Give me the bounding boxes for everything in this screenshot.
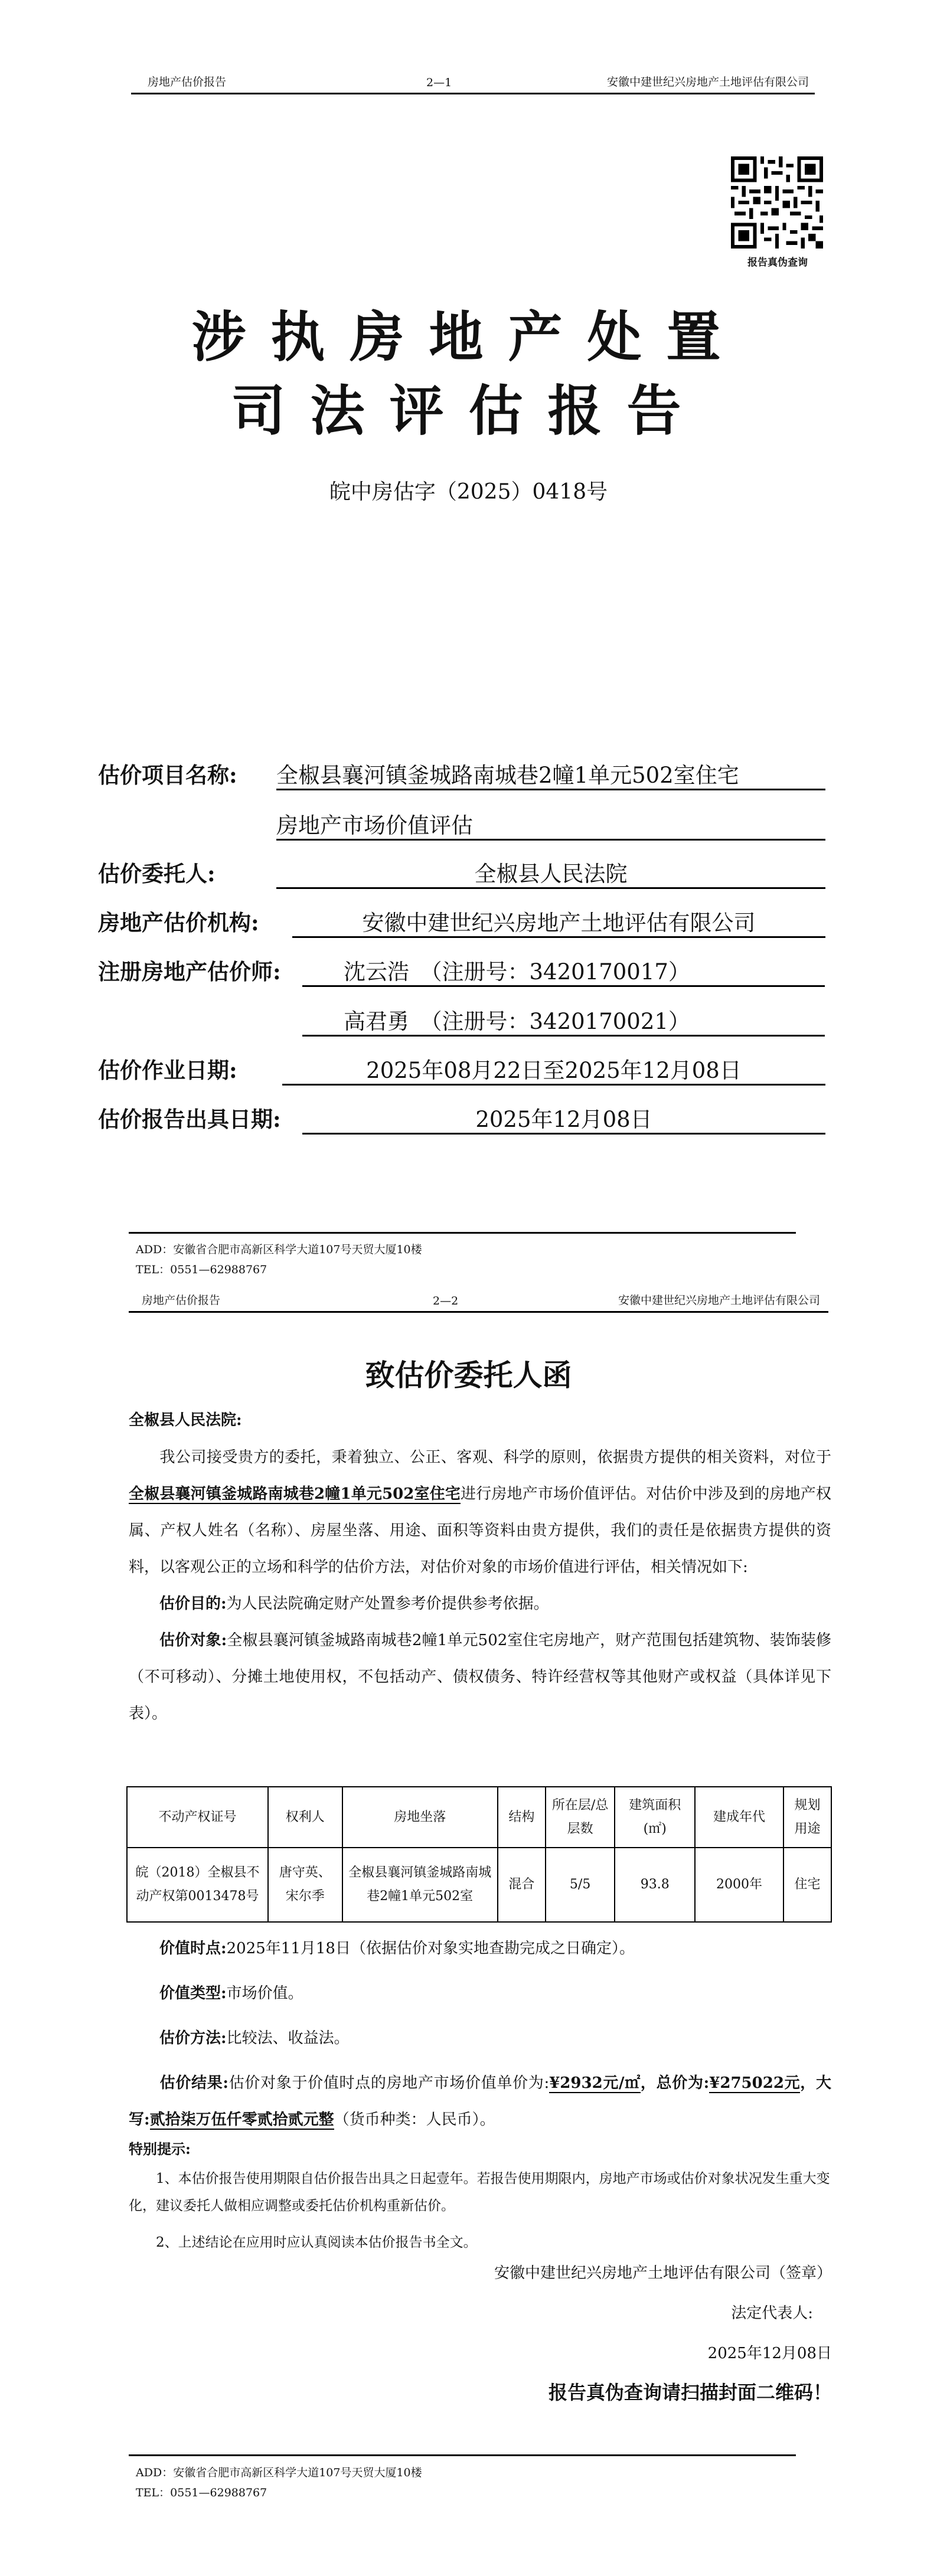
table-header-cell: 所在层/总层数 bbox=[546, 1787, 615, 1848]
table-header-cell: 建筑面积(㎡) bbox=[615, 1787, 695, 1848]
method-value: 比较法、收益法。 bbox=[227, 2029, 350, 2047]
table-header-cell: 房地坐落 bbox=[342, 1787, 498, 1848]
footer-address: ADD：安徽省合肥市高新区科学大道107号天贸大厦10楼 bbox=[136, 1240, 422, 1260]
header-report-type: 房地产估价报告 bbox=[148, 73, 226, 89]
intro-property: 全椒县襄河镇釜城路南城巷2幢1单元502室住宅 bbox=[129, 1485, 461, 1504]
qr-code-icon[interactable] bbox=[731, 156, 823, 249]
qr-caption: 报告真伪查询 bbox=[727, 254, 828, 269]
footer-divider bbox=[129, 1232, 796, 1234]
appraiser-2: 高君勇 （注册号：3420170021） bbox=[302, 1011, 825, 1037]
table-header-cell: 结构 bbox=[498, 1787, 546, 1848]
notes-label: 特别提示: bbox=[129, 2136, 191, 2163]
object-paragraph: 估价对象:全椒县襄河镇釜城路南城巷2幢1单元502室住宅房地产，财产范围包括建筑… bbox=[129, 1622, 831, 1732]
footer-address: ADD：安徽省合肥市高新区科学大道107号天贸大厦10楼 bbox=[136, 2463, 422, 2483]
unit-price: ¥2932元/㎡ bbox=[549, 2074, 641, 2093]
cover-title-line-2: 司法评估报告 bbox=[0, 384, 937, 438]
footer-tel: TEL：0551—62988767 bbox=[136, 2483, 267, 2503]
value-type-label: 价值类型: bbox=[159, 1985, 227, 2002]
result-text-2: ，总价为: bbox=[641, 2074, 709, 2092]
issue-date-label: 估价报告出具日期: bbox=[98, 1109, 281, 1130]
value-type-paragraph: 价值类型:市场价值。 bbox=[129, 1975, 831, 2012]
method-label: 估价方法: bbox=[159, 2029, 227, 2047]
header-report-type: 房地产估价报告 bbox=[142, 1292, 220, 1307]
agency-value: 安徽中建世纪兴房地产土地评估有限公司 bbox=[292, 912, 825, 938]
footer-tel: TEL：0551—62988767 bbox=[136, 1260, 267, 1280]
object-value: 全椒县襄河镇釜城路南城巷2幢1单元502室住宅房地产，财产范围包括建筑物、装饰装… bbox=[129, 1632, 831, 1722]
value-date-label: 价值时点: bbox=[159, 1940, 227, 1957]
sign-date: 2025年12月08日 bbox=[708, 2341, 832, 2363]
appraiser-label: 注册房地产估价师: bbox=[98, 961, 281, 983]
client-value: 全椒县人民法院 bbox=[276, 863, 825, 889]
year-built-cell: 2000年 bbox=[695, 1848, 783, 1922]
footer-divider bbox=[129, 2454, 796, 2456]
value-date-paragraph: 价值时点:2025年11月18日（依据估价对象实地查勘完成之日确定）。 bbox=[129, 1930, 831, 1967]
header-page-number: 2—1 bbox=[426, 76, 452, 89]
location-cell: 全椒县襄河镇釜城路南城巷2幢1单元502室 bbox=[342, 1848, 498, 1922]
result-label: 估价结果: bbox=[159, 2074, 228, 2092]
cover-title-line-1: 涉执房地产处置 bbox=[0, 310, 937, 364]
floor-cell: 5/5 bbox=[546, 1848, 615, 1922]
work-date-label: 估价作业日期: bbox=[98, 1060, 237, 1081]
running-header-page-2: 房地产估价报告 2—2 安徽中建世纪兴房地产土地评估有限公司 bbox=[129, 1280, 828, 1313]
table-header-cell: 规划用途 bbox=[783, 1787, 831, 1848]
result-text-4: （货币种类：人民币）。 bbox=[334, 2111, 495, 2129]
intro-paragraph: 我公司接受贵方的委托，秉着独立、公正、客观、科学的原则，依据贵方提供的相关资料，… bbox=[129, 1439, 831, 1586]
result-text-1: 估价对象于价值时点的房地产市场价值单价为: bbox=[228, 2074, 549, 2092]
table-header-cell: 不动产权证号 bbox=[127, 1787, 268, 1848]
legal-representative: 法定代表人: bbox=[731, 2301, 813, 2323]
header-company: 安徽中建世纪兴房地产土地评估有限公司 bbox=[618, 1292, 820, 1307]
purpose-paragraph: 估价目的:为人民法院确定财产处置参考价提供参考依据。 bbox=[129, 1586, 831, 1622]
letter-title: 致估价委托人函 bbox=[0, 1352, 937, 1394]
table-header-row: 不动产权证号 权利人 房地坐落 结构 所在层/总层数 建筑面积(㎡) 建成年代 … bbox=[127, 1787, 831, 1848]
cert-number-cell: 皖（2018）全椒县不动产权第0013478号 bbox=[127, 1848, 268, 1922]
verify-notice: 报告真伪查询请扫描封面二维码！ bbox=[549, 2378, 832, 2405]
value-type-value: 市场价值。 bbox=[227, 1985, 303, 2002]
usage-cell: 住宅 bbox=[783, 1848, 831, 1922]
table-row: 皖（2018）全椒县不动产权第0013478号 唐守英、宋尔季 全椒县襄河镇釜城… bbox=[127, 1848, 831, 1922]
total-price: ¥275022元 bbox=[709, 2074, 800, 2093]
agency-label: 房地产估价机构: bbox=[98, 912, 259, 934]
purpose-value: 为人民法院确定财产处置参考价提供参考依据。 bbox=[227, 1595, 549, 1613]
project-name-value-1: 全椒县襄河镇釜城路南城巷2幢1单元502室住宅 bbox=[276, 764, 825, 790]
header-company: 安徽中建世纪兴房地产土地评估有限公司 bbox=[607, 73, 809, 89]
project-name-value-2: 房地产市场价值评估 bbox=[276, 815, 825, 841]
note-1: 1、本估价报告使用期限自估价报告出具之日起壹年。若报告使用期限内，房地产市场或估… bbox=[129, 2165, 831, 2219]
client-label: 估价委托人: bbox=[98, 863, 216, 885]
report-number: 皖中房估字（2025）0418号 bbox=[0, 475, 937, 505]
table-header-cell: 权利人 bbox=[268, 1787, 342, 1848]
property-table: 不动产权证号 权利人 房地坐落 结构 所在层/总层数 建筑面积(㎡) 建成年代 … bbox=[126, 1786, 832, 1923]
result-paragraph: 估价结果:估价对象于价值时点的房地产市场价值单价为:¥2932元/㎡，总价为:¥… bbox=[129, 2065, 831, 2138]
value-date-value: 2025年11月18日（依据估价对象实地查勘完成之日确定）。 bbox=[227, 1940, 635, 1957]
structure-cell: 混合 bbox=[498, 1848, 546, 1922]
project-name-label: 估价项目名称: bbox=[98, 764, 237, 786]
issue-date-value: 2025年12月08日 bbox=[302, 1109, 825, 1135]
intro-text-1: 我公司接受贵方的委托，秉着独立、公正、客观、科学的原则，依据贵方提供的相关资料，… bbox=[159, 1449, 831, 1466]
method-paragraph: 估价方法:比较法、收益法。 bbox=[129, 2020, 831, 2057]
table-header-cell: 建成年代 bbox=[695, 1787, 783, 1848]
purpose-label: 估价目的: bbox=[159, 1595, 227, 1613]
signatory: 安徽中建世纪兴房地产土地评估有限公司（签章） bbox=[494, 2261, 832, 2283]
area-cell: 93.8 bbox=[615, 1848, 695, 1922]
object-label: 估价对象: bbox=[159, 1632, 227, 1649]
appraiser-1: 沈云浩 （注册号：3420170017） bbox=[302, 961, 825, 987]
note-2: 2、上述结论在应用时应认真阅读本估价报告书全文。 bbox=[156, 2229, 477, 2256]
running-header-page-1: 房地产估价报告 2—1 安徽中建世纪兴房地产土地评估有限公司 bbox=[131, 59, 815, 94]
work-date-value: 2025年08月22日至2025年12月08日 bbox=[282, 1060, 825, 1086]
header-page-number: 2—2 bbox=[433, 1294, 458, 1307]
salutation: 全椒县人民法院: bbox=[129, 1408, 242, 1430]
owner-cell: 唐守英、宋尔季 bbox=[268, 1848, 342, 1922]
total-in-words: 贰拾柒万伍仟零贰拾贰元整 bbox=[150, 2111, 334, 2130]
